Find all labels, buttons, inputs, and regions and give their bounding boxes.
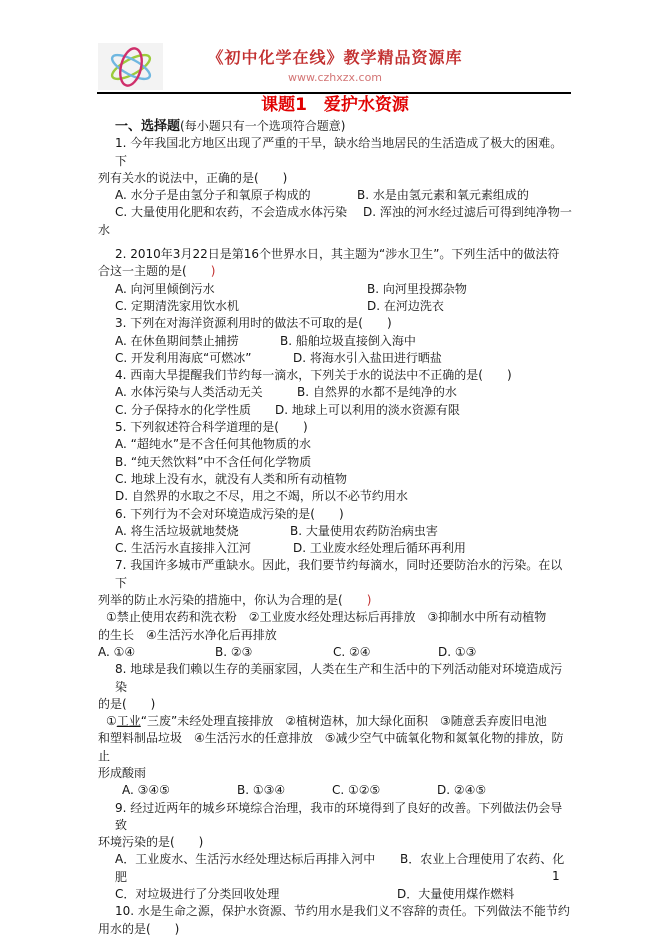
question-lines: 一、选择题(每小题只有一个选项符合题意)1. 今年我国北方地区出现了严重的干旱，… bbox=[98, 118, 572, 936]
document-line: D. 自然界的水取之不尽，用之不竭，所以不必节约用水 bbox=[98, 488, 572, 505]
text-run: B. “纯天然饮料”中不含任何化学物质 bbox=[115, 455, 311, 469]
document-line: 7. 我国许多城市严重缺水。因此，我们要节约每滴水，同时还要防治水的污染。在以下 bbox=[98, 557, 572, 592]
text-run: ① bbox=[106, 714, 117, 728]
text-run: 合这一主题的是( bbox=[98, 264, 211, 278]
document-line: 列有关水的说法中，正确的是( ) bbox=[98, 170, 572, 187]
document-line: C. 分子保持水的化学性质D. 地球上可以利用的淡水资源有限 bbox=[98, 402, 572, 419]
text-run: 形成酸雨 bbox=[98, 766, 146, 780]
page-title: 课题1 爱护水资源 bbox=[98, 96, 572, 115]
text-run: 6. 下列行为不会对环境造成污染的是( ) bbox=[115, 507, 344, 521]
text-run: B. 大量使用农药防治病虫害 bbox=[290, 524, 438, 538]
page-number: 1 bbox=[552, 869, 560, 883]
document-line: 5. 下列叙述符合科学道理的是( ) bbox=[98, 419, 572, 436]
document-content: 课题1 爱护水资源 一、选择题(每小题只有一个选项符合题意)1. 今年我国北方地… bbox=[98, 96, 572, 936]
document-line: A. ①④B. ②③C. ②④D. ①③ bbox=[98, 644, 572, 661]
text-run: ①禁止使用农药和洗衣粉 ②工业废水经处理达标后再排放 ③抑制水中所有动植物 bbox=[106, 610, 546, 624]
text-run: 的是( ) bbox=[98, 697, 155, 711]
document-line: ①禁止使用农药和洗衣粉 ②工业废水经处理达标后再排放 ③抑制水中所有动植物 bbox=[98, 609, 572, 626]
text-run: B. ①③④ bbox=[237, 782, 332, 799]
header-divider bbox=[97, 92, 571, 94]
text-run: A. 水分子是由氢分子和氧原子构成的 bbox=[115, 187, 357, 204]
document-line: 环境污染的是( ) bbox=[98, 834, 572, 851]
document-line: 和塑料制品垃圾 ④生活污水的任意排放 ⑤减少空气中硫氧化物和氮氧化物的排放，防止 bbox=[98, 730, 572, 765]
document-line: C. 定期清洗家用饮水机D. 在河边洗衣 bbox=[98, 298, 572, 315]
document-line: C. 开发利用海底“可燃冰”D. 将海水引入盐田进行晒盐 bbox=[98, 350, 572, 367]
text-run: 列举的防止水污染的措施中，你认为合理的是( bbox=[98, 593, 367, 607]
text-run: 的生长 ④生活污水净化后再排放 bbox=[98, 628, 277, 642]
document-line: A. “超纯水”是不含任何其他物质的水 bbox=[98, 436, 572, 453]
text-run: A. 水体污染与人类活动无关 bbox=[115, 384, 297, 401]
text-run: C. 开发利用海底“可燃冰” bbox=[115, 350, 293, 367]
document-line: A．工业废水、生活污水经处理达标后再排入河中B．农业上合理使用了农药、化肥 bbox=[98, 851, 572, 886]
worksheet-page: 《初中化学在线》教学精品资源库 www.czhxzx.com 课题1 爱护水资源… bbox=[0, 0, 661, 936]
text-run: 工业 bbox=[117, 714, 141, 728]
text-run: B. 向河里投掷杂物 bbox=[367, 282, 467, 296]
text-run: C. 分子保持水的化学性质 bbox=[115, 402, 275, 419]
document-line: C. 地球上没有水，就没有人类和所有动植物 bbox=[98, 471, 572, 488]
document-line: 2. 2010年3月22日是第16个世界水日，其主题为“涉水卫生”。下列生活中的… bbox=[98, 246, 572, 263]
text-run: C．对垃圾进行了分类回收处理 bbox=[115, 886, 397, 903]
text-run: D. 将海水引入盐田进行晒盐 bbox=[293, 351, 442, 365]
text-run: D．大量使用煤作燃料 bbox=[397, 887, 514, 901]
text-run: A．工业废水、生活污水经处理达标后再排入河中 bbox=[115, 851, 400, 868]
text-run: 10. 水是生命之源，保护水资源、节约用水是我们义不容辞的责任。下列做法不能节约 bbox=[115, 904, 570, 918]
document-line: A. 将生活垃圾就地焚烧B. 大量使用农药防治病虫害 bbox=[98, 523, 572, 540]
text-run: B. 自然界的水都不是纯净的水 bbox=[297, 385, 457, 399]
text-run: A. 向河里倾倒污水 bbox=[115, 281, 367, 298]
text-run: D. 自然界的水取之不尽，用之不竭，所以不必节约用水 bbox=[115, 489, 408, 503]
text-run: 5. 下列叙述符合科学道理的是( ) bbox=[115, 420, 308, 434]
text-run: A. 将生活垃圾就地焚烧 bbox=[115, 523, 290, 540]
document-line: ①工业“三废”未经处理直接排放 ②植树造林，加大绿化面积 ③随意丢弃废旧电池 bbox=[98, 713, 572, 730]
text-run: 水 bbox=[98, 223, 110, 237]
document-line: 6. 下列行为不会对环境造成污染的是( ) bbox=[98, 506, 572, 523]
text-run: 和塑料制品垃圾 ④生活污水的任意排放 ⑤减少空气中硫氧化物和氮氧化物的排放，防止 bbox=[98, 731, 564, 762]
text-run: 2. 2010年3月22日是第16个世界水日，其主题为“涉水卫生”。下列生活中的… bbox=[115, 247, 559, 261]
document-line: 列举的防止水污染的措施中，你认为合理的是( ) bbox=[98, 592, 572, 609]
text-run: A. “超纯水”是不含任何其他物质的水 bbox=[115, 437, 311, 451]
text-run: D. 工业废水经处理后循环再利用 bbox=[293, 541, 466, 555]
text-run: D. 浑浊的河水经过滤后可得到纯净物一 bbox=[363, 205, 572, 219]
text-run: D. ②④⑤ bbox=[437, 783, 486, 797]
document-line: A. 在休鱼期间禁止捕捞B. 船舶垃圾直接倒入海中 bbox=[98, 333, 572, 350]
text-run: D. ①③ bbox=[438, 645, 476, 659]
document-line: 用水的是( ) bbox=[98, 921, 572, 936]
document-line: B. “纯天然饮料”中不含任何化学物质 bbox=[98, 454, 572, 471]
text-run: 列有关水的说法中，正确的是( ) bbox=[98, 171, 287, 185]
document-line: C. 大量使用化肥和农药，不会造成水体污染D. 浑浊的河水经过滤后可得到纯净物一 bbox=[98, 204, 572, 221]
site-title: 《初中化学在线》教学精品资源库 bbox=[180, 45, 490, 68]
text-run: 3. 下列在对海洋资源利用时的做法不可取的是( ) bbox=[115, 316, 392, 330]
document-line: 4. 西南大旱提醒我们节约每一滴水，下列关于水的说法中不正确的是( ) bbox=[98, 367, 572, 384]
document-line: 1. 今年我国北方地区出现了严重的干旱，缺水给当地居民的生活造成了极大的困难。下 bbox=[98, 135, 572, 170]
document-line: A. 水体污染与人类活动无关B. 自然界的水都不是纯净的水 bbox=[98, 384, 572, 401]
text-run: 一、选择题 bbox=[115, 119, 180, 134]
site-logo bbox=[98, 43, 163, 90]
document-line: A. 水分子是由氢分子和氧原子构成的B. 水是由氢元素和氧元素组成的 bbox=[98, 187, 572, 204]
text-run: ) bbox=[367, 593, 372, 607]
text-run: B. 水是由氢元素和氧元素组成的 bbox=[357, 188, 529, 202]
text-run: 用水的是( ) bbox=[98, 922, 179, 936]
document-line: 合这一主题的是( ) bbox=[98, 263, 572, 280]
text-run: 7. 我国许多城市严重缺水。因此，我们要节约每滴水，同时还要防治水的污染。在以下 bbox=[115, 558, 562, 589]
site-header: 《初中化学在线》教学精品资源库 www.czhxzx.com bbox=[180, 45, 490, 84]
site-url: www.czhxzx.com bbox=[180, 71, 490, 84]
text-run: B. 船舶垃圾直接倒入海中 bbox=[280, 334, 416, 348]
text-run: B. ②③ bbox=[215, 644, 333, 661]
text-run: D. 在河边洗衣 bbox=[367, 299, 444, 313]
text-run: 4. 西南大旱提醒我们节约每一滴水，下列关于水的说法中不正确的是( ) bbox=[115, 368, 512, 382]
document-line: 水 bbox=[98, 222, 572, 239]
text-run: 1. 今年我国北方地区出现了严重的干旱，缺水给当地居民的生活造成了极大的困难。下 bbox=[115, 136, 562, 167]
document-line: 的生长 ④生活污水净化后再排放 bbox=[98, 627, 572, 644]
text-run: “三废”未经处理直接排放 ②植树造林，加大绿化面积 ③随意丢弃废旧电池 bbox=[141, 714, 547, 728]
text-run: ) bbox=[211, 264, 216, 278]
document-line: C．对垃圾进行了分类回收处理D．大量使用煤作燃料 bbox=[98, 886, 572, 903]
document-line: 8. 地球是我们赖以生存的美丽家园，人类在生产和生活中的下列活动能对环境造成污染 bbox=[98, 661, 572, 696]
document-line: A. 向河里倾倒污水B. 向河里投掷杂物 bbox=[98, 281, 572, 298]
text-run: C. 大量使用化肥和农药，不会造成水体污染 bbox=[115, 204, 363, 221]
text-run: A. 在休鱼期间禁止捕捞 bbox=[115, 333, 280, 350]
text-run: 环境污染的是( ) bbox=[98, 835, 203, 849]
text-run: A. ①④ bbox=[98, 644, 215, 661]
text-run: C. 定期清洗家用饮水机 bbox=[115, 298, 367, 315]
document-line: 10. 水是生命之源，保护水资源、节约用水是我们义不容辞的责任。下列做法不能节约 bbox=[98, 903, 572, 920]
text-run: C. ②④ bbox=[333, 644, 438, 661]
document-line: 一、选择题(每小题只有一个选项符合题意) bbox=[98, 118, 572, 135]
text-run: C. 生活污水直接排入江河 bbox=[115, 540, 293, 557]
text-run: D. 地球上可以利用的淡水资源有限 bbox=[275, 403, 460, 417]
document-line: 9. 经过近两年的城乡环境综合治理，我市的环境得到了良好的改善。下列做法仍会导致 bbox=[98, 800, 572, 835]
text-run: 9. 经过近两年的城乡环境综合治理，我市的环境得到了良好的改善。下列做法仍会导致 bbox=[115, 801, 562, 832]
document-line: C. 生活污水直接排入江河D. 工业废水经处理后循环再利用 bbox=[98, 540, 572, 557]
document-line: A. ③④⑤B. ①③④C. ①②⑤D. ②④⑤ bbox=[98, 782, 572, 799]
text-run: C. 地球上没有水，就没有人类和所有动植物 bbox=[115, 472, 347, 486]
document-line: 3. 下列在对海洋资源利用时的做法不可取的是( ) bbox=[98, 315, 572, 332]
text-run: A. ③④⑤ bbox=[122, 782, 237, 799]
document-line: 形成酸雨 bbox=[98, 765, 572, 782]
text-run: 8. 地球是我们赖以生存的美丽家园，人类在生产和生活中的下列活动能对环境造成污染 bbox=[115, 662, 562, 693]
document-line: 的是( ) bbox=[98, 696, 572, 713]
text-run: C. ①②⑤ bbox=[332, 782, 437, 799]
text-run: (每小题只有一个选项符合题意) bbox=[180, 119, 345, 133]
